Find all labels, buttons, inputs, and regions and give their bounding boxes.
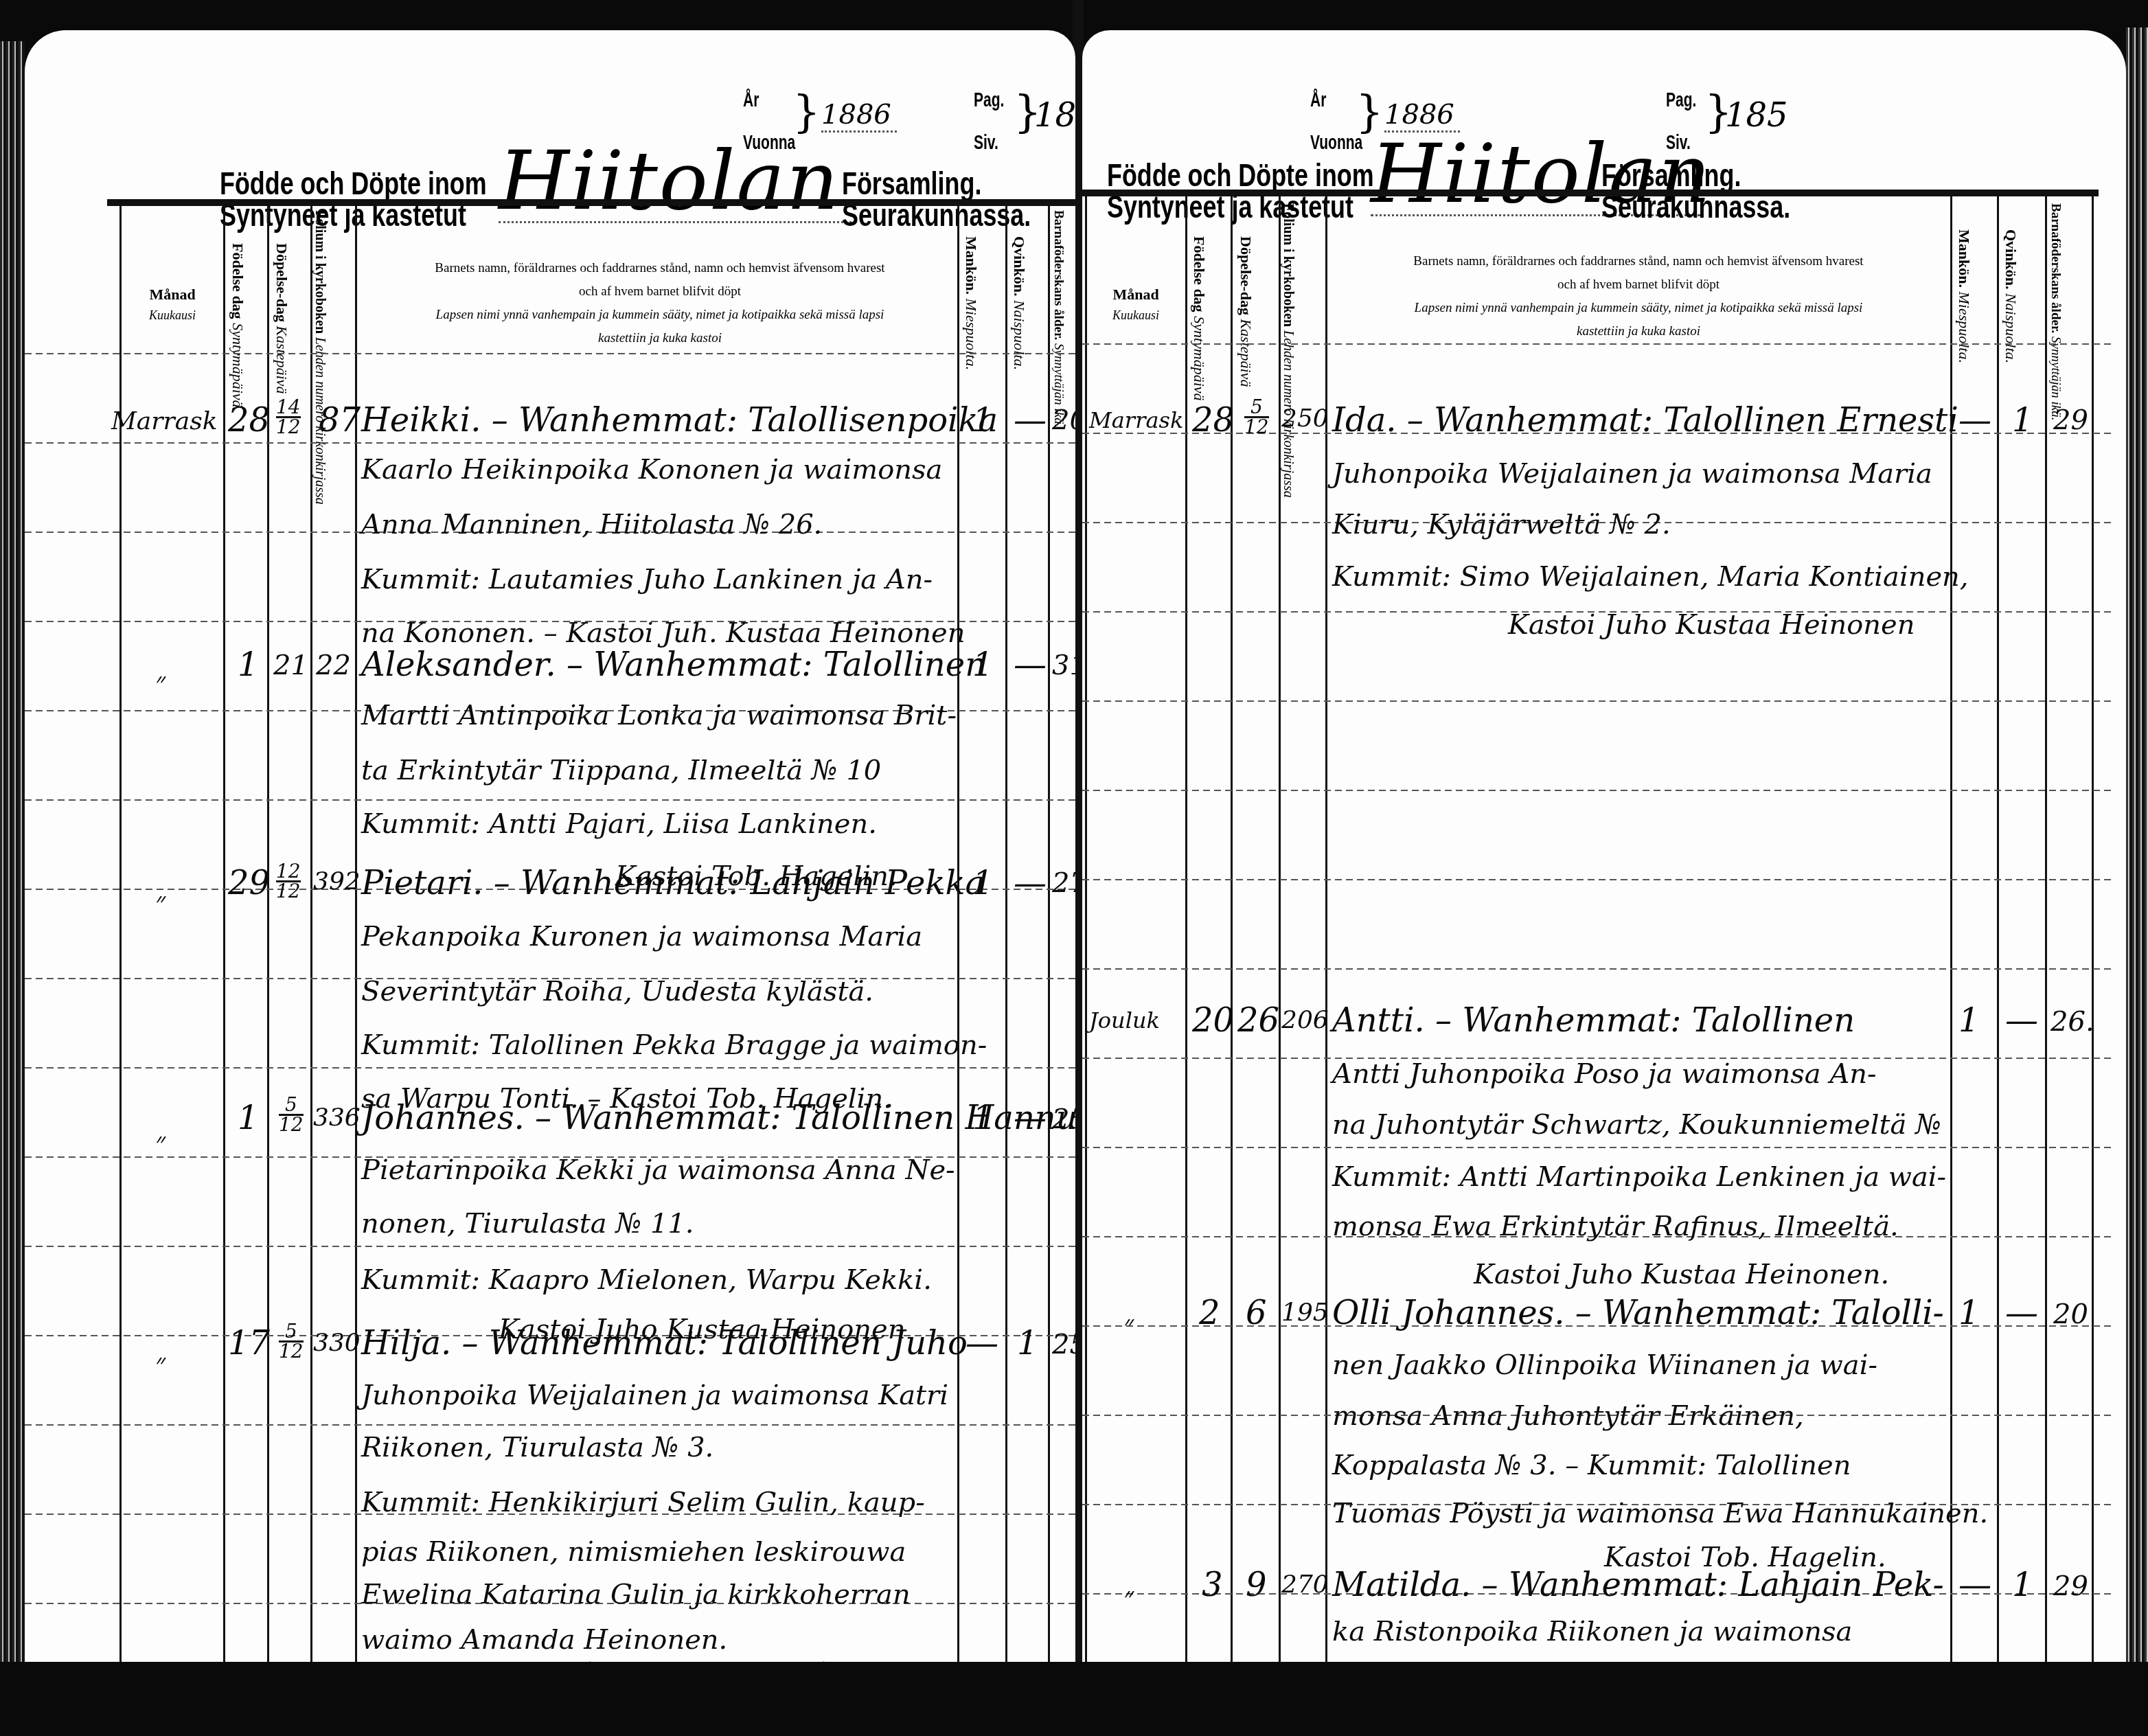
entry-line: Ewelina Katarina Gulin ja kirkkoherran: [361, 1581, 911, 1608]
header-rule: [107, 199, 1075, 206]
entry-line: Kummit: Antti Pajari, Liisa Lankinen.: [361, 810, 877, 838]
entry-line: Tuomas Pöysti ja waimonsa Ewa Hannukaine…: [1332, 1500, 1988, 1527]
entry-line: ka Ristonpoika Riikonen ja waimonsa: [1332, 1618, 1852, 1645]
book-edge-right: [2126, 27, 2148, 1717]
ruled-line: [1082, 968, 2112, 970]
year-label: År Vuonna: [1310, 89, 1362, 154]
entry-month: ״: [1123, 1312, 1134, 1339]
column-header-female: Qvinkön. Naispuolta.: [1011, 236, 1027, 360]
entry-line: Juhonpoika Weijalainen ja waimonsa Katri: [361, 1382, 948, 1409]
column-header-main: Barnets namn, föräldrarnes och faddrarne…: [1336, 250, 1941, 343]
column-header-baptism-day: Döpelse-dag Kastepäivä: [273, 243, 290, 360]
entry-line: pias Riikonen, nimismiehen leskirouwa: [361, 1538, 906, 1566]
entry-female: —: [1014, 1101, 1047, 1134]
column-header-folio: Folium i kyrkoboken Lehden numero kirkon…: [1281, 203, 1295, 361]
column-header-birth-day: Födelse dag Syntymäpäivä: [229, 243, 246, 360]
entry-line: Pietarinpoika Kekki ja waimonsa Anna Ne-: [361, 1156, 955, 1184]
entry-line: Kummit: Lautamies Juho Lankinen ja An-: [361, 566, 933, 593]
page-number-label: Pag. Siv.: [974, 89, 1004, 154]
entry-baptism-day: 9: [1246, 1568, 1267, 1601]
entry-month: ״: [1123, 1584, 1134, 1611]
entry-line: Riikonen, Tiurulasta № 3.: [361, 1434, 713, 1461]
entry-birth-day: 1: [238, 648, 259, 681]
entry-baptism-day: 6: [1246, 1297, 1267, 1329]
entry-line: waimo Amanda Heinonen.: [361, 1626, 727, 1654]
column-header-mother-age: Barnaföderskans ålder. Synnyttäjän ikä.: [1052, 210, 1064, 368]
entry-mother-age: 29: [2053, 1573, 2088, 1600]
entry-baptism-day: 1212: [276, 863, 301, 900]
column-header-month: Månad Kuukausi: [121, 284, 224, 325]
book-edge-left: [0, 41, 25, 1717]
entry-line: Severintytär Roiha, Uudesta kylästä.: [361, 978, 873, 1005]
column-header-birth-day: Födelse dag Syntymäpäivä: [1191, 236, 1207, 360]
header-bottom-line: [1082, 343, 2112, 345]
entry-line: ta Erkintytär Tiippana, Ilmeeltä № 10: [361, 757, 881, 784]
entry-baptism-day: 1412: [276, 398, 301, 436]
column-divider: [1048, 206, 1050, 1713]
entry-line: Pekanpoika Kuronen ja waimonsa Maria: [361, 923, 922, 950]
column-divider: [1185, 196, 1187, 1707]
entry-line: Martti Antinpoika Lonka ja waimonsa Brit…: [361, 702, 957, 729]
title-sv-prefix: Födde och Döpte inom: [220, 166, 487, 201]
entry-line: Kummit: Antti Martinpoika Lenkinen ja wa…: [1332, 1163, 1946, 1191]
column-divider: [2092, 196, 2094, 1707]
entry-line: Kummit: Kaapro Mielonen, Warpu Kekki.: [361, 1266, 932, 1294]
entry-male: 1: [972, 648, 994, 681]
entry-folio: 22: [316, 652, 351, 679]
entry-baptism-day: 512: [279, 1096, 304, 1134]
entry-mother-age: 26.: [2050, 1008, 2094, 1036]
page-number-value: 185: [1725, 96, 1788, 135]
entry-month: ״: [155, 1129, 165, 1156]
entry-female: 1: [2012, 1568, 2033, 1601]
ruled-line: [25, 1246, 1075, 1247]
scan-background: [0, 1662, 2148, 1736]
entry-female: —: [2005, 1297, 2038, 1329]
entry-folio: 206: [1281, 1008, 1329, 1033]
column-header-male: Mankön. Miespuolta.: [1956, 229, 1972, 353]
title-sv-suffix: Församling.: [1601, 158, 1741, 192]
entry-birth-day: 20: [1192, 1004, 1234, 1037]
entry-line: na Kononen. – Kastoi Juh. Kustaa Heinone…: [361, 619, 965, 647]
column-header-female: Qvinkön. Naispuolta.: [2002, 229, 2019, 353]
entry-baptism-day: 21: [273, 652, 308, 679]
entry-mother-age: 25: [1052, 1106, 1075, 1133]
entry-line: Pietari. – Wanhemmat: Lahjain Pekka: [361, 867, 985, 900]
year-value: 1886: [821, 99, 897, 133]
column-divider: [1997, 196, 1999, 1707]
entry-mother-age: 20: [1052, 407, 1075, 434]
entry-birth-day: 1: [238, 1101, 259, 1134]
entry-line: monsa Anna Juhontytär Erkäinen,: [1332, 1402, 1804, 1430]
entry-birth-day: 2: [1199, 1297, 1220, 1329]
title-sv-prefix: Födde och Döpte inom: [1107, 158, 1374, 192]
entry-month: ״: [155, 889, 165, 916]
entry-line: nonen, Tiurulasta № 11.: [361, 1210, 694, 1237]
entry-line: Johannes. – Wanhemmat: Talollinen Hannu: [361, 1101, 1075, 1134]
entry-baptism-day: 512: [279, 1323, 304, 1360]
page-number-value: 184: [1034, 96, 1075, 135]
entry-female: —: [2005, 1004, 2038, 1037]
ruled-line: [25, 1067, 1075, 1069]
year-brace: }: [792, 91, 821, 135]
column-divider: [223, 206, 225, 1713]
entry-line: Juhonpoika Weijalainen ja waimonsa Maria: [1332, 460, 1932, 488]
entry-folio: 392: [313, 869, 361, 894]
header-rule: [1082, 190, 2099, 196]
header-bottom-line: [25, 353, 1075, 354]
entry-line: Kummit: Simo Weijalainen, Maria Kontiain…: [1332, 563, 1969, 591]
entry-line: Antti Juhonpoika Poso ja waimonsa An-: [1332, 1060, 1877, 1088]
entry-birth-day: 3: [1202, 1568, 1223, 1601]
title-sv-suffix: Församling.: [842, 166, 981, 201]
ruled-line: [1082, 1147, 2112, 1148]
entry-mother-age: 31: [1052, 652, 1075, 679]
entry-month: Jouluk: [1089, 1009, 1160, 1031]
entry-male: —: [1958, 404, 1991, 437]
entry-mother-age: 20: [2053, 1301, 2088, 1328]
entry-month: Marrask: [1089, 409, 1183, 431]
entry-line: na Juhontytär Schwartz, Koukunniemeltä №: [1332, 1111, 1941, 1139]
entry-line: Olli Johannes. – Wanhemmat: Talolli-: [1332, 1297, 1944, 1329]
entry-male: 1: [972, 404, 994, 437]
entry-female: —: [1014, 404, 1047, 437]
entry-month: ״: [155, 669, 165, 696]
entry-folio: 250: [1281, 407, 1329, 431]
entry-month: ״: [155, 1350, 165, 1378]
entry-mother-age: 27: [1052, 869, 1075, 897]
entry-male: —: [1958, 1568, 1991, 1601]
entry-birth-day: 28: [228, 404, 270, 437]
entry-line: Heikki. – Wanhemmat: Talollisenpoika: [361, 404, 998, 437]
parish-name: Hiitolan: [499, 140, 856, 223]
column-header-month: Månad Kuukausi: [1086, 284, 1185, 325]
entry-folio: 336: [313, 1106, 361, 1130]
entry-mother-age: 29: [2053, 407, 2088, 434]
entry-line: Aleksander. – Wanhemmat: Talollinen: [361, 648, 986, 681]
register-page-right: År Vuonna } 1886 Pag. Siv. } 185 Födde o…: [1082, 30, 2126, 1713]
entry-female: 1: [2012, 404, 2033, 437]
entry-male: 1: [1958, 1004, 1980, 1037]
column-header-main: Barnets namn, föräldrarnes och faddrarne…: [368, 257, 952, 350]
entry-line: nen Jaakko Ollinpoika Wiinanen ja wai-: [1332, 1351, 1877, 1379]
register-page-left: År Vuonna } 1886 Pag. Siv. } 184 Födde o…: [25, 30, 1075, 1713]
entry-male: 1: [972, 867, 994, 900]
entry-folio: 87: [319, 404, 361, 437]
entry-line: Koppalasta № 3. – Kummit: Talollinen: [1332, 1452, 1851, 1479]
column-divider: [2045, 196, 2047, 1707]
entry-baptism-day: 512: [1244, 398, 1269, 436]
entry-female: —: [1014, 867, 1047, 900]
entry-male: 1: [972, 1101, 994, 1134]
ruled-line: [25, 1424, 1075, 1426]
ruled-line: [1082, 700, 2112, 702]
entry-mother-age: 25: [1052, 1331, 1075, 1358]
entry-line: Ida. – Wanhemmat: Talollinen Ernesti: [1332, 404, 1958, 437]
entry-line: monsa Ewa Erkintytär Rafinus, Ilmeeltä.: [1332, 1213, 1899, 1240]
column-divider: [1005, 206, 1007, 1713]
ruled-line: [25, 442, 1075, 444]
entry-line: Kummit: Talollinen Pekka Bragge ja waimo…: [361, 1031, 987, 1059]
entry-line: Matilda. – Wanhemmat: Lahjain Pek-: [1332, 1568, 1944, 1601]
entry-line: Kastoi Juho Kustaa Heinonen: [1508, 611, 1915, 639]
entry-folio: 195: [1281, 1301, 1329, 1325]
column-header-mother-age: Barnaföderskans ålder. Synnyttäjän ikä.: [2049, 203, 2061, 361]
ruled-line: [1082, 790, 2112, 791]
entry-month: Marrask: [111, 409, 218, 434]
entry-birth-day: 17: [228, 1327, 270, 1360]
column-header-male: Mankön. Miespuolta.: [963, 236, 979, 360]
ruled-line: [25, 799, 1075, 801]
entry-female: 1: [1017, 1327, 1038, 1360]
entry-female: —: [1014, 648, 1047, 681]
column-divider: [1085, 196, 1087, 1707]
entry-line: Kiuru, Kyläjärweltä № 2.: [1332, 511, 1671, 538]
column-header-folio: Folium i kyrkoboken Lehden numero kirkon…: [313, 210, 327, 368]
entry-baptism-day: 26: [1237, 1004, 1279, 1037]
entry-line: Kastoi Juho Kustaa Heinonen.: [1474, 1261, 1889, 1288]
entry-line: Anna Manninen, Hiitolasta № 26.: [361, 511, 822, 538]
entry-line: Antti. – Wanhemmat: Talollinen: [1332, 1004, 1855, 1037]
entry-line: Kaarlo Heikinpoika Kononen ja waimonsa: [361, 456, 942, 483]
entry-male: —: [966, 1327, 998, 1360]
entry-line: Hilja. – Wanhemmat: Talollinen Juho: [361, 1327, 968, 1360]
entry-birth-day: 29: [228, 867, 270, 900]
entry-male: 1: [1958, 1297, 1980, 1329]
ruled-line: [1082, 879, 2112, 880]
entry-birth-day: 28: [1192, 404, 1234, 437]
entry-folio: 330: [313, 1331, 361, 1356]
entry-folio: 270: [1281, 1573, 1329, 1597]
entry-line: Kummit: Henkikirjuri Selim Gulin, kaup-: [361, 1489, 925, 1516]
column-header-baptism-day: Döpelse-dag Kastepäivä: [1237, 236, 1254, 360]
